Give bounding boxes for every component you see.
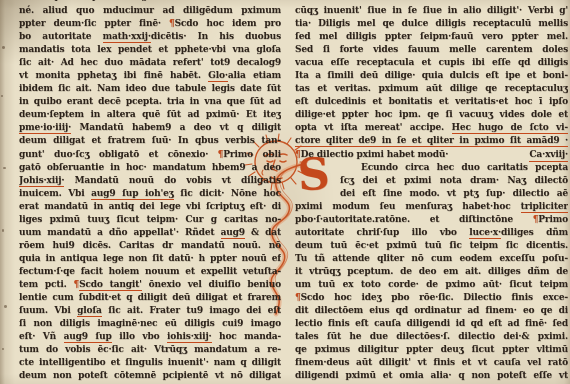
text-segment: Scdo hoc ideʒ pbo rōe·ſic. Dilectio fini… [301, 293, 568, 303]
text-line: gatō obſeruantie in hoc· mandatum hbem9 … [19, 162, 281, 175]
paper-speck [4, 305, 7, 308]
text-segment: gloſa [77, 306, 102, 317]
text-line: ¶De dilectio pximi habet modū·Ca·xviij· [295, 149, 568, 162]
text-segment: pbo·ſ·autoritate.ratōne. et diſtinctōne [295, 215, 533, 225]
text-segment: Scdo hoc idem pro [175, 19, 281, 29]
text-segment: lectio finis eſt cauſa diligendi id qd e… [295, 319, 568, 329]
paper-speck [2, 46, 5, 49]
text-segment: diligendi pximū et omia alia· q non pote… [295, 371, 568, 381]
text-segment: hoc manda- [212, 332, 281, 342]
text-line: vt monita pphetaʒ ibi finē habēt. Glo·al… [19, 70, 281, 83]
text-segment: inuicem. Vbi [19, 189, 91, 199]
text-line: cte intelligentibo et ſingulis inuenit'·… [19, 357, 281, 370]
text-segment: autoritate chriſ·ſup illo vbo [295, 228, 469, 238]
text-line: dilige·et ppter hoc ipm. qe ſi vacuuʒ vi… [295, 109, 568, 122]
text-segment: lentie cum ſubdit·et q diligit deū dilig… [19, 293, 281, 303]
text-segment: in quibo erant decē pcepta. tria in vna … [19, 97, 281, 107]
text-segment: rōem hui9 dicēs. Caritas dr mandatū nouū… [19, 241, 281, 251]
text-line: pbo·ſ·autoritate.ratōne. et diſtinctōne … [295, 214, 568, 227]
text-segment: gunt' duo·ſcʒ obligatō et cōnexio· [19, 150, 218, 160]
clipped-top-line: tū aūt qui vult pximū diligere debet [19, 0, 249, 4]
text-line: Johis·xiij· Mandatū nouū do vobis vt dil… [19, 175, 281, 188]
right-text-column: cūqʒ inuenit' ſiue in ſe ſiue in alio di… [295, 5, 568, 383]
text-line: Ita a ſimili deū dilige· quia dulcis eſt… [295, 70, 568, 83]
text-line: ibidem ſic ait. Nam ideo due tabule legi… [19, 83, 281, 96]
text-line: cūqʒ inuenit' ſiue in ſe ſiue in alio di… [295, 5, 568, 18]
text-line: dei eſt ſine modo. vt ptʒ ſup· dilectio … [295, 188, 568, 201]
text-line: mandatis tota lex pendet et pphete·vbi v… [19, 44, 281, 57]
text-line: inuicem. Vbi aug9 ſup ioh'eʒ ſic dicit· … [19, 188, 281, 201]
text-segment: Mandatū habem9 a deo vt q diligit [71, 123, 281, 133]
text-line: ſcʒ dei et pximi nota dram· Naʒ dilectō [295, 175, 568, 188]
paper-speck [1, 95, 3, 97]
text-segment: vacua eſſe receptacula et cupis ibi eſſe… [295, 58, 568, 68]
text-segment: Scdo tangit' [79, 280, 142, 291]
text-line: quia in antiqua lege non ſit datū· h ppt… [19, 253, 281, 266]
text-line: lentie cum ſubdit·et q diligit deū dilig… [19, 292, 281, 305]
text-line: eſt· Vñ aug9 ſup illo vbo iohis·xiij· ho… [19, 331, 281, 344]
text-segment: ſuum. Vbi [19, 306, 77, 316]
text-line: qe pximus diligitur ppter deuʒ ſicut ppt… [295, 344, 568, 357]
text-line: dit dilectōem eius qd ordinatur ad finem… [295, 305, 568, 318]
text-segment: Mandatū nouū do vobis vt diligatis [64, 176, 281, 186]
text-line: ¶Scdo hoc ideʒ pbo rōe·ſic. Dilectio fin… [295, 292, 568, 305]
text-segment: Ca·xviij· [529, 149, 568, 162]
text-segment: fectum·ſ·qe facit hoiem nouum et expelli… [19, 267, 281, 277]
text-line: finem·deus aūt diligit' vt finis et vt c… [295, 357, 568, 370]
text-line: erat mandatū in antiq dei lege vbi ſcrip… [19, 201, 281, 214]
text-segment: deum diligat et fratrem ſuū· In qbus ver… [19, 136, 281, 146]
text-segment: qe pximus diligitur ppter deuʒ ſicut ppt… [295, 345, 568, 355]
text-line: pme·io·iiij· Mandatū habem9 a deo vt q d… [19, 122, 281, 135]
text-segment: tas et veritas. pximum aūt dilige qe rec… [295, 84, 568, 94]
text-line: liges pximū tuuʒ ſicut teipm· Cur g cari… [19, 214, 281, 227]
text-segment: gatō obſeruantie in hoc· mandatum hbem9 … [19, 163, 281, 173]
text-segment: ibidem ſic ait. Nam ideo due tabule legi… [19, 84, 281, 94]
text-segment: pme·io·iiij· [19, 123, 71, 134]
text-segment: vt monita pphetaʒ ibi finē habēt. [19, 71, 208, 81]
manuscript-page: tū aūt qui vult pximū diligere debet S n… [0, 0, 570, 384]
text-line: diligendi pximū et omia alia· q non pote… [295, 370, 568, 383]
text-line: gunt' duo·ſcʒ obligatō et cōnexio· ¶Prim… [19, 149, 281, 162]
left-text-column: né. aliud quo mducimur ad diligēdum pxim… [19, 5, 281, 383]
text-segment: ſic ait· Ad hec duo mādata refert' tot9 … [19, 58, 281, 68]
text-segment: tem pcti. [19, 280, 74, 290]
text-segment: alia etiam [228, 71, 281, 81]
text-segment: it vtrūqʒ pceptum. de deo em ait. dilige… [295, 267, 568, 277]
text-segment: tum do vobis ēc·ſic ait· Vtrūqʒ mandatum… [19, 345, 281, 355]
text-segment [448, 149, 529, 162]
text-segment: cte intelligentibo et ſingulis inuenit'·… [19, 358, 281, 368]
text-segment: deum tuū ēc·et pximū tuū ſic teipm ſic d… [295, 241, 568, 251]
text-segment: ſcʒ dei et pximi nota dram· Naʒ dilectō [340, 176, 568, 186]
text-line: lectio finis eſt cauſa diligendi id qd e… [295, 318, 568, 331]
text-segment: luce·x· [469, 228, 501, 239]
text-line: tem pcti. ¶Scdo tangit' ōnexio vel diuiſ… [19, 279, 281, 292]
text-line: pximi modum ſeu menſuraʒ habet·hoc tripl… [295, 201, 568, 214]
text-line: opta vt iſta mereat' accipe. Hec hugo de… [295, 122, 568, 135]
text-segment: Tu tñ attende qliter nō cum eodem exceſſ… [295, 254, 568, 264]
text-line: tia· Diligis mel qe dulce diligis recept… [295, 18, 568, 31]
text-segment: dei eſt ſine modo. vt ptʒ ſup· dilectio … [340, 189, 568, 199]
text-segment: deum·ſeptem in altera quē ſūt ad pximū· … [19, 110, 281, 120]
text-segment: diliges dñm [501, 228, 568, 238]
text-segment: ppter deum·ſic ppter finē· [19, 19, 169, 29]
text-line: deum non poteſt cōtemnē pcipientē vt nō … [19, 370, 281, 383]
text-segment: liges pximū tuuʒ ſicut teipm· Cur g cari… [19, 215, 281, 225]
text-segment: uum mandatū a dño appellat'· Rñdet [19, 228, 221, 238]
text-line: ctore qliter de9 in ſe et qliter in pxim… [295, 135, 568, 148]
text-segment: eſt· Vñ [19, 332, 64, 342]
text-segment: quia in antiqua lege non ſit datū· h ppt… [19, 254, 281, 264]
text-line: rōem hui9 dicēs. Caritas dr mandatū nouū… [19, 240, 281, 253]
text-line: deum·ſeptem in altera quē ſūt ad pximū· … [19, 109, 281, 122]
text-line: ſuum. Vbi gloſa ſic ait. Frater tu9 imag… [19, 305, 281, 318]
text-line: ppter deum·ſic ppter finē· ¶Scdo hoc ide… [19, 18, 281, 31]
text-line: tales ſūt he due dilectōes·ſ. dilectio d… [295, 331, 568, 344]
text-line: fectum·ſ·qe facit hoiem nouum et expelli… [19, 266, 281, 279]
text-segment: tales ſūt he due dilectōes·ſ. dilectio d… [295, 332, 568, 342]
text-line: deum tuū ēc·et pximū tuū ſic teipm ſic d… [295, 240, 568, 253]
text-segment: dicētis· In his duobus [151, 32, 281, 42]
text-segment: ſi non diligis imaginē·nec eū diligis cu… [19, 319, 281, 329]
text-segment: finem·deus aūt diligit' vt finis et vt c… [295, 358, 568, 368]
text-line: in quibo erant decē pcepta. tria in vna … [19, 96, 281, 109]
text-segment: mandatis tota lex pendet et pphete·vbi v… [19, 45, 281, 55]
text-line: bo autoritate math·xxij·dicētis· In his … [19, 31, 281, 44]
text-line: Sed ſi forte vides fauum melle carentem … [295, 44, 568, 57]
text-segment: Primo obli [223, 150, 281, 160]
text-line: um tuū ex toto corde· de pximo aūt· ſicu… [295, 279, 568, 292]
text-segment: Sed ſi forte vides fauum melle carentem … [295, 45, 568, 55]
text-segment: ſic ait. Frater tu9 imago dei eſt [102, 306, 281, 316]
text-segment: ctore qliter de9 in ſe et qliter in pxim… [295, 136, 568, 147]
text-line: deum diligat et fratrem ſuū· In qbus ver… [19, 135, 281, 148]
text-segment: erat mandatū in antiq dei lege vbi ſcrip… [19, 202, 281, 212]
text-line: eſt dulcedinis et bonitatis et veritatis… [295, 96, 568, 109]
text-segment: eſt dulcedinis et bonitatis et veritatis… [295, 97, 568, 107]
text-segment: opta vt iſta mereat' accipe. [295, 123, 452, 133]
text-segment: ſed mel diligis ppter ſeipm·fauū vero pp… [295, 32, 568, 42]
text-segment: Hec hugo de ſcto vi- [452, 123, 568, 134]
text-line: it vtrūqʒ pceptum. de deo em ait. dilige… [295, 266, 568, 279]
text-line: ſic ait· Ad hec duo mādata refert' tot9 … [19, 57, 281, 70]
text-line: vacua eſſe receptacula et cupis ibi eſſe… [295, 57, 568, 70]
text-line: ſi non diligis imaginē·nec eū diligis cu… [19, 318, 281, 331]
text-line: Ecundo circa hec duo caritatis pcepta [295, 162, 568, 175]
text-segment: iohis·xiij· [167, 332, 212, 343]
text-segment: Johis·xiij· [19, 176, 64, 187]
text-segment: math·xxij· [103, 32, 151, 43]
text-segment: & dat [245, 228, 281, 238]
text-line: tum do vobis ēc·ſic ait· Vtrūqʒ mandatum… [19, 344, 281, 357]
text-segment: né. aliud quo mducimur ad diligēdum pxim… [19, 6, 281, 16]
text-segment: Ecundo circa hec duo caritatis pcepta [361, 163, 568, 173]
text-segment: Glo· [208, 71, 228, 82]
text-segment: illo vbo [112, 332, 167, 342]
text-line: Tu tñ attende qliter nō cum eodem exceſſ… [295, 253, 568, 266]
text-segment: ſic dicit· Nōne hoc [174, 189, 281, 199]
text-segment: ōnexio vel diuiſio beniuo [142, 280, 281, 290]
text-segment: aug9 ſup ioh'eʒ [91, 189, 174, 200]
text-segment: De dilectio pximi habet modū· [301, 149, 449, 162]
text-segment: tripliciter [521, 202, 568, 213]
text-segment: bo autoritate [19, 32, 103, 42]
text-line: uum mandatū a dño appellat'· Rñdet aug9 … [19, 227, 281, 240]
text-segment: cūqʒ inuenit' ſiue in ſe ſiue in alio di… [295, 6, 568, 16]
paper-speck [2, 348, 4, 350]
text-segment: dit dilectōem eius qd ordinatur ad finem… [295, 306, 568, 316]
text-segment: um tuū ex toto corde· de pximo aūt· ſicu… [295, 280, 568, 290]
paper-speck [3, 167, 6, 169]
text-line: ſed mel diligis ppter ſeipm·fauū vero pp… [295, 31, 568, 44]
text-line: autoritate chriſ·ſup illo vbo luce·x·dil… [295, 227, 568, 240]
text-line: tas et veritas. pximum aūt dilige qe rec… [295, 83, 568, 96]
text-segment: Ita a ſimili deū dilige· quia dulcis eſt… [295, 71, 568, 81]
text-segment: aug9 ſup [64, 332, 112, 343]
text-line: né. aliud quo mducimur ad diligēdum pxim… [19, 5, 281, 18]
paper-speck [2, 229, 4, 232]
text-segment: tia· Diligis mel qe dulce diligis recept… [295, 19, 568, 29]
text-segment: dilige·et ppter hoc ipm. qe ſi vacuuʒ vi… [295, 110, 568, 120]
text-segment: Primo [538, 215, 568, 225]
text-segment: deum non poteſt cōtemnē pcipientē vt nō … [19, 371, 281, 381]
text-segment: pximi modum ſeu menſuraʒ habet·hoc [295, 202, 521, 212]
text-segment: aug9 [221, 228, 245, 239]
